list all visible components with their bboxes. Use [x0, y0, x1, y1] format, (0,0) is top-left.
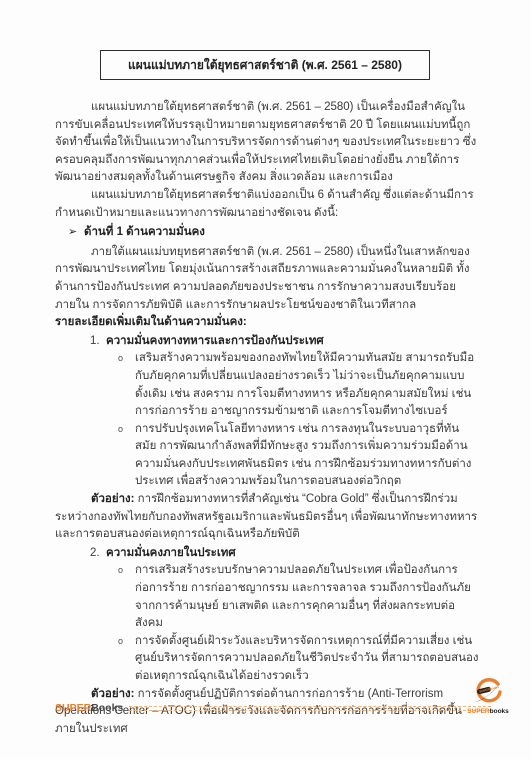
logo-text-books: books — [490, 708, 509, 715]
example-label: ตัวอย่าง: — [91, 493, 134, 505]
section-heading-row: ➢ ด้านที่ 1 ด้านความมั่นคง — [68, 224, 479, 242]
superbooks-logo-text: SUPERbooks — [465, 708, 511, 715]
superbooks-logo: SUPERbooks SUPERbooks — [465, 676, 511, 718]
document-page: แผนแม่บทภายใต้ยุทธศาสตร์ชาติ (พ.ศ. 2561 … — [0, 0, 531, 759]
item-number: 1. — [90, 333, 106, 351]
circle-bullet-icon: o — [118, 633, 135, 651]
bullet-text: เสริมสร้างความพร้อมของกองทัพไทยให้มีความ… — [135, 350, 479, 420]
bullet-item: o การเสริมสร้างระบบรักษาความปลอดภัยในประ… — [118, 562, 479, 632]
superbooks-logo-icon: SUPERbooks — [471, 676, 505, 708]
footer-brand: SUPERBooks — [55, 702, 123, 714]
page-title: แผนแม่บทภายใต้ยุทธศาสตร์ชาติ (พ.ศ. 2561 … — [128, 56, 402, 75]
footer-rule-row: SUPERBooks — [55, 702, 495, 714]
item-number: 2. — [90, 545, 106, 563]
arrow-bullet-icon: ➢ — [68, 224, 84, 242]
details-heading: รายละเอียดเพิ่มเติมในด้านความมั่นคง: — [55, 314, 479, 332]
svg-text:SUPERbooks: SUPERbooks — [479, 685, 500, 694]
circle-bullet-icon: o — [118, 421, 135, 439]
logo-text-super: SUPER — [467, 708, 489, 715]
item-title: ความมั่นคงทางทหารและการป้องกันประเทศ — [106, 333, 324, 351]
intro-paragraph-1: แผนแม่บทภายใต้ยุทธศาสตร์ชาติ (พ.ศ. 2561 … — [55, 99, 479, 187]
item-title: ความมั่นคงภายในประเทศ — [106, 545, 236, 563]
bullet-text: การเสริมสร้างระบบรักษาความปลอดภัยในประเท… — [135, 562, 479, 632]
document-title-box: แผนแม่บทภายใต้ยุทธศาสตร์ชาติ (พ.ศ. 2561 … — [100, 50, 430, 80]
bullet-text: การจัดตั้งศูนย์เฝ้าระวังและบริหารจัดการเ… — [135, 633, 479, 686]
bullet-item: o เสริมสร้างความพร้อมของกองทัพไทยให้มีคว… — [118, 350, 479, 420]
footer-brand-super: SUPER — [55, 702, 91, 714]
footer-dashed-divider — [129, 706, 491, 711]
numbered-item-1: 1. ความมั่นคงทางทหารและการป้องกันประเทศ — [90, 333, 479, 351]
document-body: แผนแม่บทภายใต้ยุทธศาสตร์ชาติ (พ.ศ. 2561 … — [55, 99, 479, 738]
example-label: ตัวอย่าง: — [91, 688, 134, 700]
example-paragraph-1: ตัวอย่าง: การฝึกซ้อมทางทหารที่สำคัญเช่น … — [55, 491, 479, 544]
bullet-item: o การปรับปรุงเทคโนโลยีทางทหาร เช่น การลง… — [118, 421, 479, 491]
page-footer: SUPERBooks SUPERbooks SUPERbooks — [55, 702, 495, 742]
section-heading: ด้านที่ 1 ด้านความมั่นคง — [84, 224, 205, 242]
bullet-text: การปรับปรุงเทคโนโลยีทางทหาร เช่น การลงทุ… — [135, 421, 479, 491]
bullet-item: o การจัดตั้งศูนย์เฝ้าระวังและบริหารจัดกา… — [118, 633, 479, 686]
circle-bullet-icon: o — [118, 350, 135, 368]
circle-bullet-icon: o — [118, 562, 135, 580]
section-body-paragraph: ภายใต้แผนแม่บทยุทธศาสตร์ชาติ (พ.ศ. 2561 … — [55, 244, 479, 314]
intro-paragraph-2: แผนแม่บทภายใต้ยุทธศาสตร์ชาติแบ่งออกเป็น … — [55, 187, 479, 222]
numbered-item-2: 2. ความมั่นคงภายในประเทศ — [90, 545, 479, 563]
footer-brand-books: Books — [91, 702, 123, 714]
